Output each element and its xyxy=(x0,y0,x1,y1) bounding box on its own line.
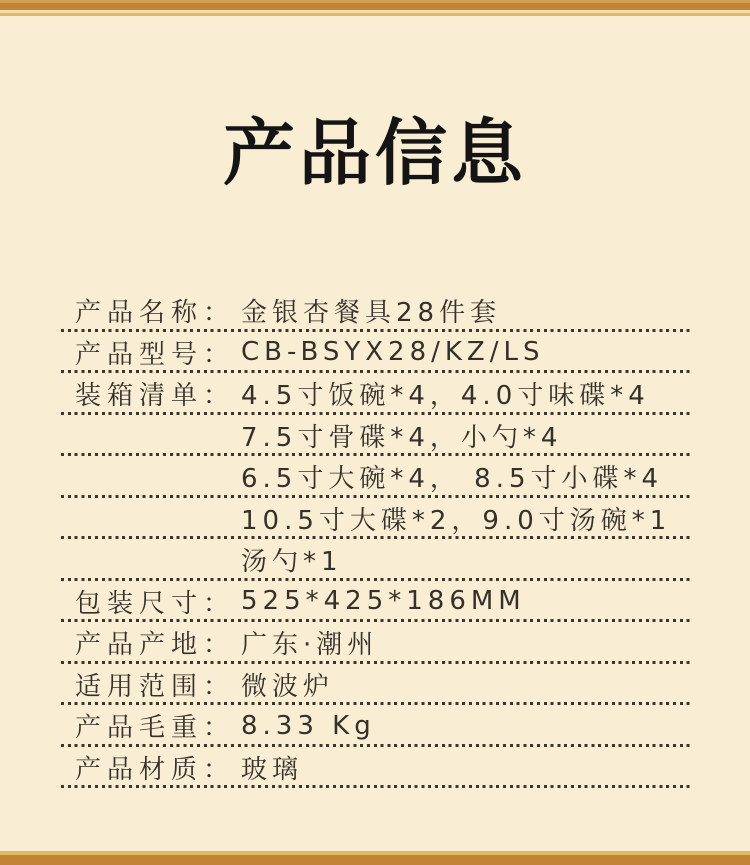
spec-value: 金银杏餐具28件套 xyxy=(241,292,501,329)
spec-row-material: 产品材质： 玻璃 xyxy=(68,747,692,789)
spec-value: 汤勺*1 xyxy=(241,541,343,578)
spec-value: 微波炉 xyxy=(241,666,334,703)
spec-row-product-model: 产品型号： CB-BSYX28/KZ/LS xyxy=(68,332,692,374)
product-spec-table: 产品名称： 金银杏餐具28件套 产品型号： CB-BSYX28/KZ/LS 装箱… xyxy=(68,290,692,788)
spec-value: 10.5寸大碟*2，9.0寸汤碗*1 xyxy=(241,500,671,537)
spec-label: 产品毛重： xyxy=(75,707,241,744)
spec-value: CB-BSYX28/KZ/LS xyxy=(241,337,544,367)
spec-value: 7.5寸骨碟*4，小勺*4 xyxy=(241,417,562,454)
spec-row-package-size: 包装尺寸： 525*425*186MM xyxy=(68,581,692,623)
top-border-stripe-dark xyxy=(0,3,750,10)
spec-row-applicable-range: 适用范围： 微波炉 xyxy=(68,664,692,706)
spec-row-packing-list-2: 7.5寸骨碟*4，小勺*4 xyxy=(68,415,692,457)
spec-value: 6.5寸大碗*4， 8.5寸小碟*4 xyxy=(241,458,663,495)
page-title: 产品信息 xyxy=(0,110,750,196)
spec-label: 产品材质： xyxy=(75,749,241,786)
spec-value: 525*425*186MM xyxy=(241,586,526,616)
spec-row-packing-list-4: 10.5寸大碟*2，9.0寸汤碗*1 xyxy=(68,498,692,540)
spec-label: 产品型号： xyxy=(75,334,241,371)
spec-value: 8.33 Kg xyxy=(241,711,376,741)
spec-row-gross-weight: 产品毛重： 8.33 Kg xyxy=(68,705,692,747)
spec-label: 装箱清单： xyxy=(75,375,241,412)
spec-label: 适用范围： xyxy=(75,666,241,703)
spec-row-product-name: 产品名称： 金银杏餐具28件套 xyxy=(68,290,692,332)
spec-label: 产品产地： xyxy=(75,624,241,661)
top-border-stripe-gold2 xyxy=(0,13,750,16)
spec-label: 包装尺寸： xyxy=(75,583,241,620)
spec-value: 4.5寸饭碗*4，4.0寸味碟*4 xyxy=(241,375,650,412)
top-border-band xyxy=(0,0,750,16)
spec-value: 玻璃 xyxy=(241,749,303,786)
spec-row-packing-list-5: 汤勺*1 xyxy=(68,539,692,581)
spec-value: 广东·潮州 xyxy=(241,624,378,661)
spec-row-origin: 产品产地： 广东·潮州 xyxy=(68,622,692,664)
bottom-border-band xyxy=(0,851,750,865)
bottom-border-stripe-dark xyxy=(0,855,750,865)
spec-row-packing-list-3: 6.5寸大碗*4， 8.5寸小碟*4 xyxy=(68,456,692,498)
spec-label: 产品名称： xyxy=(75,292,241,329)
spec-row-packing-list-1: 装箱清单： 4.5寸饭碗*4，4.0寸味碟*4 xyxy=(68,373,692,415)
